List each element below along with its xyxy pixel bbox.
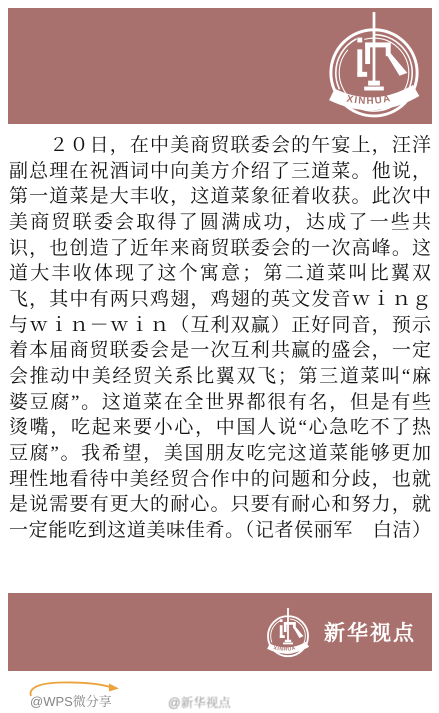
text-line: 是说需要有更大的耐心。只要有耐心和努力，就 bbox=[9, 492, 431, 518]
text-line: 与ｗｉｎ－ｗｉｎ（互利双赢）正好同音，预示 bbox=[9, 313, 431, 339]
text-line: 烫嘴，吃起来要小心，中国人说“心急吃不了热 bbox=[9, 415, 431, 441]
text-line: 飞，其中有两只鸡翅，鸡翅的英文发音ｗｉｎｇ bbox=[9, 287, 431, 313]
shared-image-card: XINHUA ２０日，在中美商贸联委会的午宴上，汪洋 副总理在祝酒词中向美方介绍… bbox=[0, 0, 439, 713]
text-line: 着本届商贸联委会是一次互利共赢的盛会，一定 bbox=[9, 338, 431, 364]
text-line: 会推动中美经贸关系比翼双飞；第三道菜叫“麻 bbox=[9, 364, 431, 390]
logo-monument bbox=[357, 12, 407, 90]
text-line: 理性地看待中美经贸合作中的问题和分歧，也就 bbox=[9, 467, 431, 493]
logo-ribbon-label: XINHUA bbox=[273, 645, 297, 653]
text-line: 副总理在祝酒词中向美方介绍了三道菜。他说， bbox=[9, 159, 431, 185]
brand-name: 新华视点 bbox=[324, 617, 416, 647]
article-text: ２０日，在中美商贸联委会的午宴上，汪洋 副总理在祝酒词中向美方介绍了三道菜。他说… bbox=[9, 133, 431, 544]
text-line: 第一道菜是大丰收，这道菜象征着收获。此次中 bbox=[9, 184, 431, 210]
logo-monument bbox=[280, 607, 304, 643]
bottom-banner: XINHUA 新华视点 bbox=[8, 593, 432, 671]
xinhua-emblem-icon: XINHUA bbox=[265, 607, 311, 658]
svg-text:XINHUA: XINHUA bbox=[273, 645, 297, 653]
svg-text:XINHUA: XINHUA bbox=[346, 93, 393, 107]
footer: @WPS微分享 @新华视点 bbox=[0, 672, 439, 713]
text-line: 美商贸联委会取得了圆满成功，达成了一些共 bbox=[9, 210, 431, 236]
text-line: 道大丰收体现了这个寓意；第二道菜叫比翼双 bbox=[9, 261, 431, 287]
text-line: ２０日，在中美商贸联委会的午宴上，汪洋 bbox=[9, 133, 431, 159]
text-line: 识，也创造了近年来商贸联委会的一次高峰。这 bbox=[9, 236, 431, 262]
swoosh-arrow-icon bbox=[27, 681, 121, 697]
text-line: 豆腐”。我希望，美国朋友吃完这道菜能够更加 bbox=[9, 441, 431, 467]
text-line: 一定能吃到这道美味佳肴。（记者侯丽军 白洁） bbox=[9, 518, 431, 544]
top-banner: XINHUA bbox=[8, 8, 432, 124]
wps-watermark: @WPS微分享 bbox=[30, 691, 112, 710]
logo-ribbon-label: XINHUA bbox=[346, 93, 393, 107]
xinhua-emblem-icon: XINHUA bbox=[325, 10, 423, 120]
text-line: 婆豆腐”。这道菜在全世界都很有名，但是有些 bbox=[9, 390, 431, 416]
xinhua-watermark: @新华视点 bbox=[168, 693, 231, 711]
